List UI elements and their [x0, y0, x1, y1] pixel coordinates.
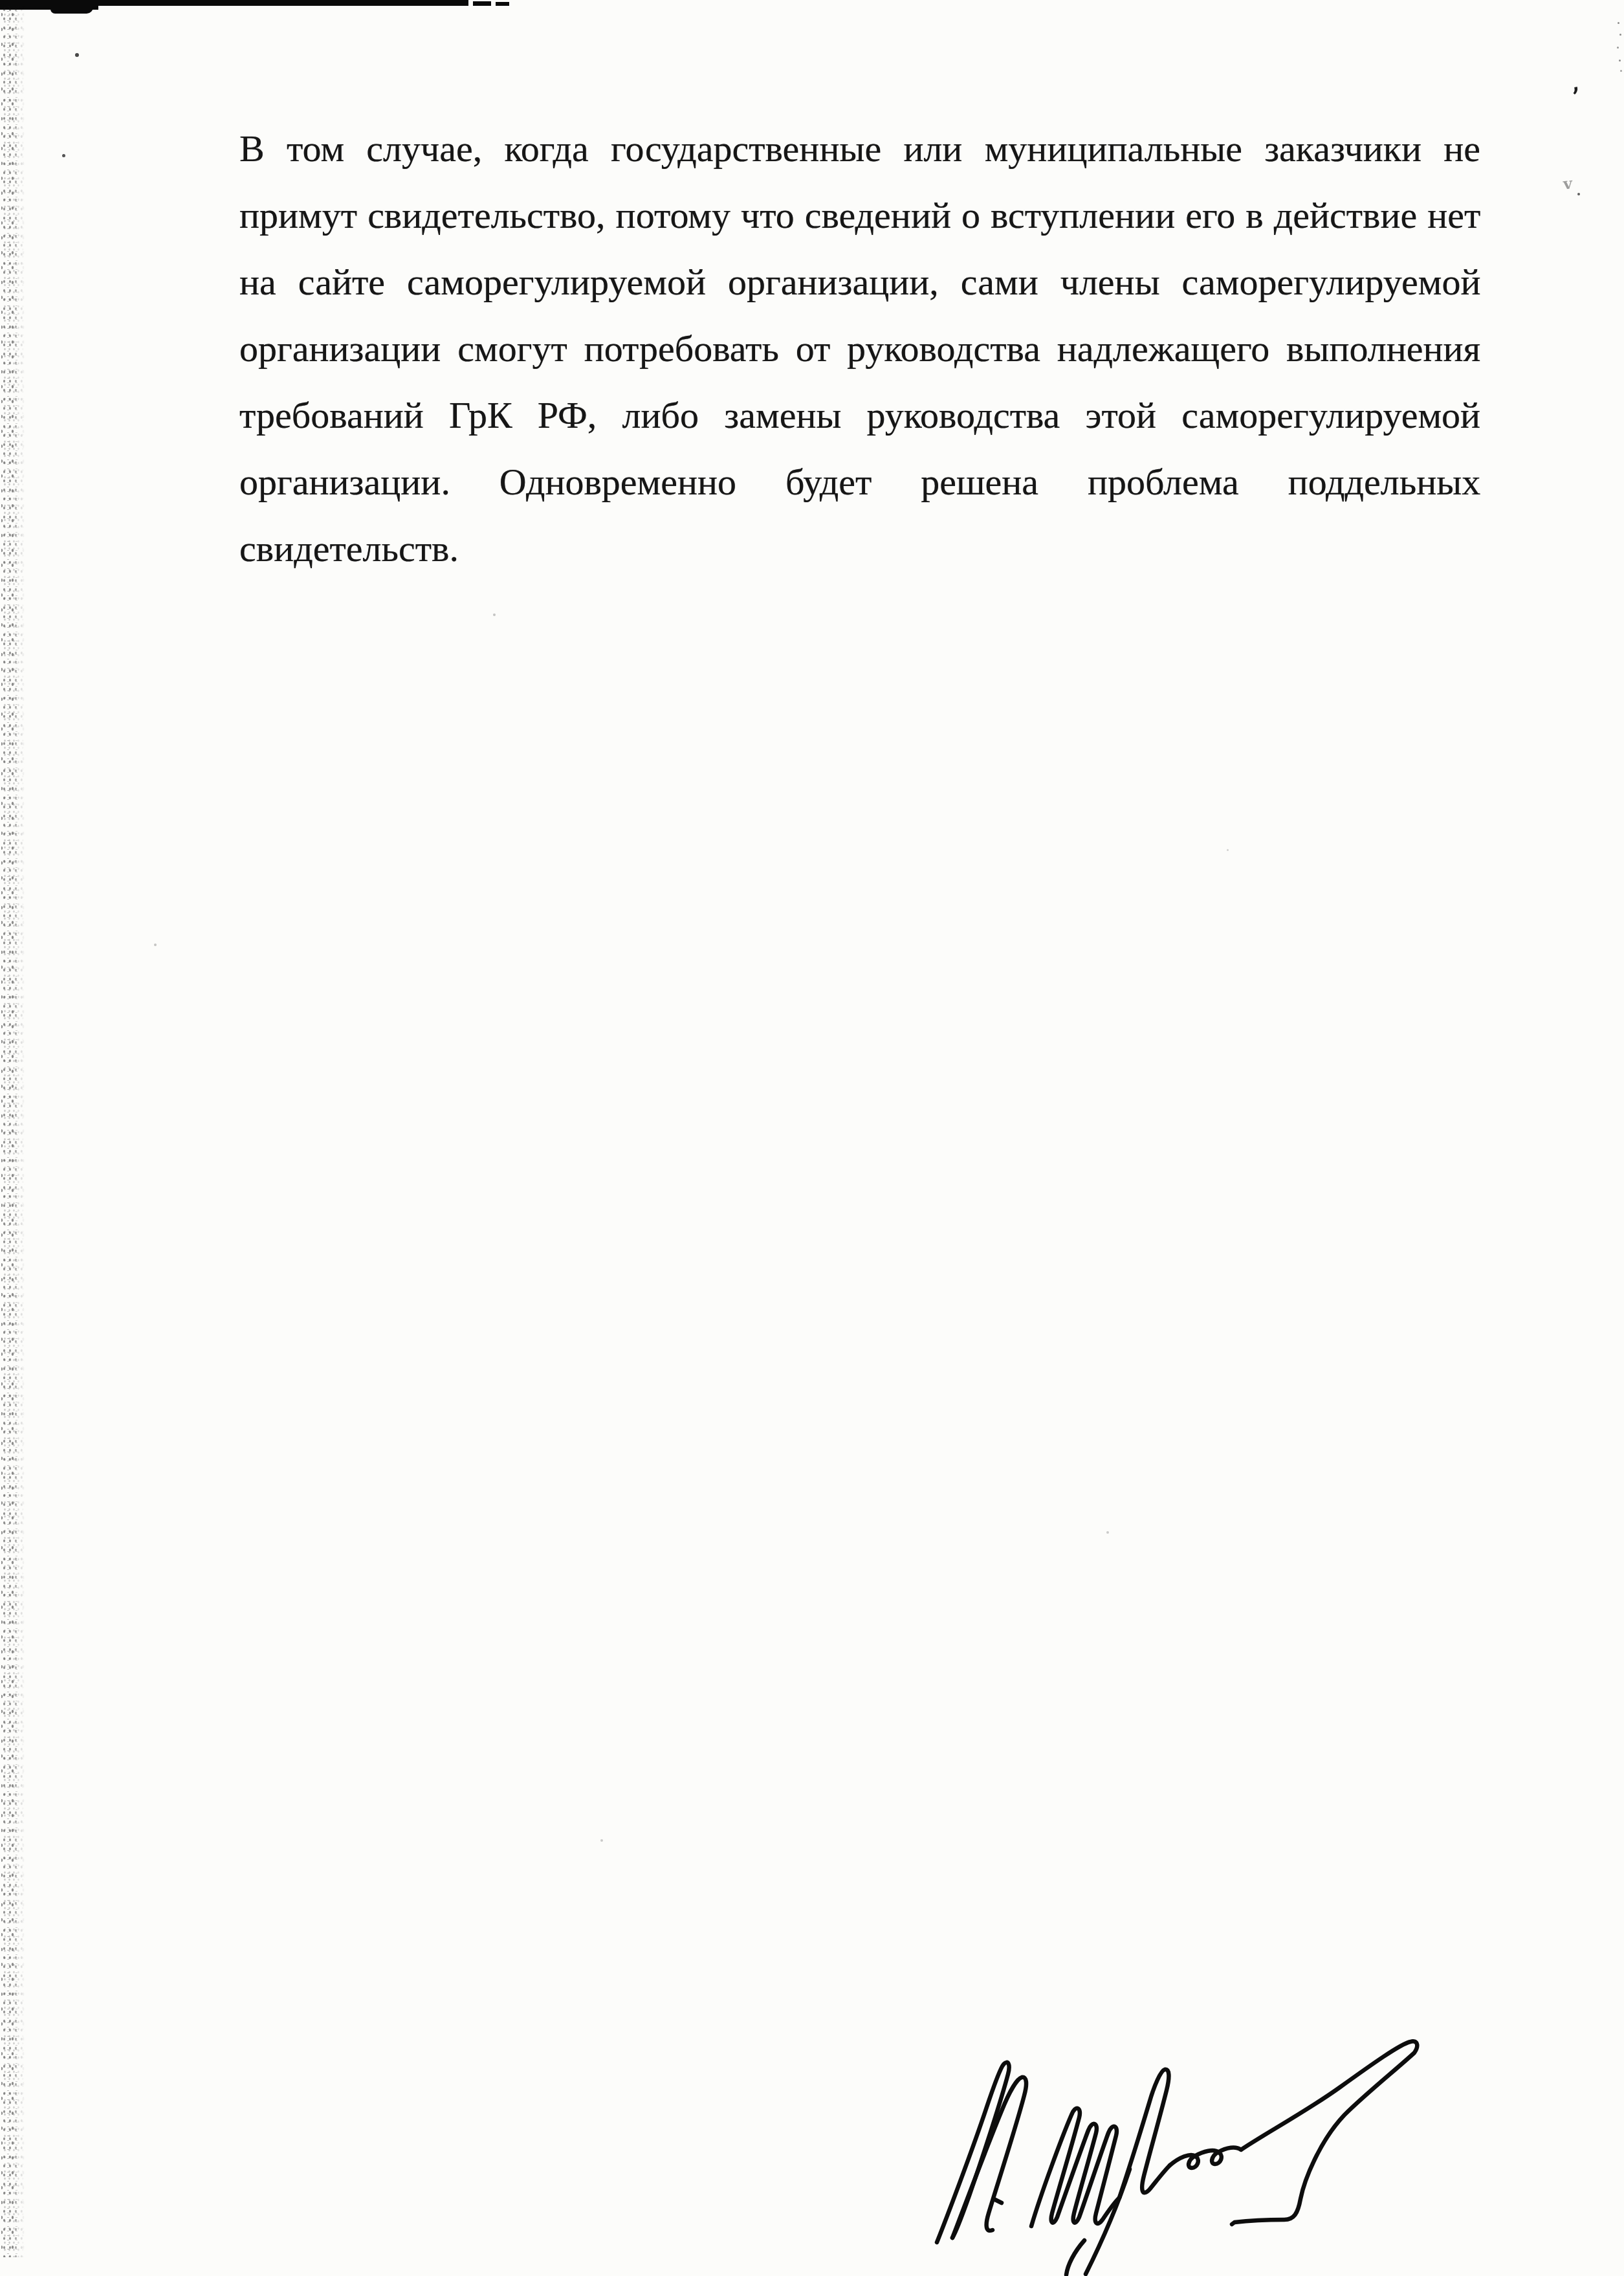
paragraph-line-text: организации. Одновременно будет решена п… — [239, 448, 1480, 515]
scan-speck — [1619, 34, 1621, 36]
scan-noise-strip — [1, 5, 25, 2257]
scan-speck — [154, 944, 157, 946]
scan-speck — [600, 1839, 603, 1842]
scan-edge-smear — [0, 0, 214, 4]
paragraph-line: организации. Одновременно будет решена п… — [239, 448, 1480, 515]
scan-speck — [62, 154, 65, 157]
paragraph-line: примут свидетельство, потому что сведени… — [239, 182, 1480, 249]
scan-speck — [1620, 70, 1622, 72]
scan-speck — [1617, 47, 1619, 49]
scan-speck — [1106, 1531, 1109, 1534]
paragraph: В том случае, когда государственные или … — [239, 115, 1480, 582]
paragraph-line-text: В том случае, когда государственные или … — [239, 115, 1480, 182]
scan-edge-dash — [496, 2, 509, 6]
paragraph-line: свидетельств. — [239, 515, 1480, 582]
paragraph-line-text: на сайте саморегулируемой организации, с… — [239, 249, 1480, 315]
scan-speck — [1618, 22, 1619, 24]
paragraph-line: требований ГрК РФ, либо замены руководст… — [239, 382, 1480, 448]
paragraph-line: на сайте саморегулируемой организации, с… — [239, 249, 1480, 315]
scan-mark: , — [1569, 72, 1581, 95]
scanned-page: В том случае, когда государственные или … — [0, 0, 1624, 2276]
scan-speck — [1227, 849, 1229, 851]
paragraph-line: В том случае, когда государственные или … — [239, 115, 1480, 182]
paragraph-line-text: организации смогут потребовать от руково… — [239, 315, 1480, 382]
scan-edge-dash — [473, 1, 491, 6]
paragraph-line-text: примут свидетельство, потому что сведени… — [239, 182, 1480, 249]
scan-speck — [1577, 193, 1580, 195]
paragraph-line-text: свидетельств. — [239, 515, 459, 582]
paragraph-line: организации смогут потребовать от руково… — [239, 315, 1480, 382]
scan-speck — [493, 613, 496, 616]
scan-speck — [75, 53, 79, 57]
signature — [925, 2026, 1436, 2276]
scan-mark: v — [1563, 175, 1573, 192]
paragraph-line-text: требований ГрК РФ, либо замены руководст… — [239, 382, 1480, 448]
scan-speck — [1619, 60, 1621, 61]
